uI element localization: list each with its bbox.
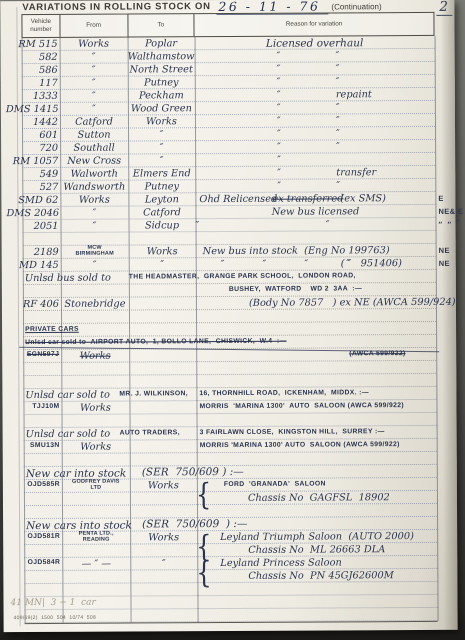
to-cell: Wood Green [128, 103, 195, 114]
vehicle-number-cell: 1442 [6, 117, 58, 128]
vehicle-description: Leyland Princess Saloon [220, 557, 342, 569]
paper-page: VARIATIONS IN ROLLING STOCK ON 26 - 11 -… [0, 0, 457, 632]
from-cell: PENTA LTD., READING [62, 532, 130, 544]
reason-ditto: ″ [336, 50, 340, 61]
vehicle-number-cell: 117 [6, 78, 58, 89]
brace-glyph: { [196, 477, 211, 512]
from-cell: ″ [61, 221, 129, 232]
continuation-label: (Continuation) [331, 2, 381, 11]
from-cell: ″ [60, 208, 128, 219]
to-cell: ″ [128, 129, 195, 140]
from-cell: GODFREY DAVIS LTD [62, 480, 130, 492]
column-header-from: From [60, 15, 128, 37]
to-cell: Poplar [128, 38, 195, 49]
to-cell: Putney [128, 77, 195, 88]
pencil-note: 41 MN| 3 + 1 car [10, 598, 95, 608]
authority-reference: (SER 750/609 ) :— [142, 466, 244, 479]
from-cell: MCW BIRMINGHAM [61, 246, 129, 258]
reason-ditto: ″ [336, 128, 340, 139]
from-cell: Sutton [60, 130, 128, 141]
reason-struck-text: ex transferred [272, 193, 343, 204]
rolling-stock-table: Vehicle number From To Reason for variat… [21, 12, 437, 624]
chassis-number: Chassis No GAGFSL 18902 [248, 492, 390, 504]
to-cell: Putney [128, 181, 195, 192]
reason-ditto: ″ [336, 102, 340, 113]
reason-ditto: ″ [277, 129, 281, 140]
reason-ditto: ″ [336, 141, 340, 152]
reason-ditto: ″ [277, 181, 281, 192]
reason-ditto: ″ [277, 77, 281, 88]
vehicle-description: MORRIS 'MARINA 1300' AUTO SALOON (AWCA 5… [199, 402, 404, 410]
reason-ditto: ″ [336, 63, 340, 74]
to-cell: Works [130, 532, 197, 543]
page-number: 2 [436, 0, 452, 16]
disposal-note: Unlsd car sold to [25, 390, 110, 401]
vehicle-number-cell: 582 [6, 52, 58, 63]
from-cell: Works [60, 39, 128, 50]
reason-ditto: ″ [277, 116, 281, 127]
vehicle-number-cell: OJD584R [8, 559, 60, 566]
reason-cell: Ohd Relicensed [199, 194, 277, 205]
to-cell: Peckham [128, 90, 195, 101]
vehicle-number-cell: 2051 [7, 221, 59, 232]
from-cell: — ″ — [62, 559, 130, 570]
margin-code: ″ ″ [439, 220, 452, 229]
margin-code: NE& E [438, 207, 463, 216]
vehicle-number-cell: 601 [6, 130, 58, 141]
to-cell: ″ [129, 259, 196, 270]
section-heading: PRIVATE CARS [25, 326, 79, 333]
reason-ditto: ″ [277, 90, 281, 101]
to-cell: ″ [128, 142, 195, 153]
column-header-reason: Reason for variation [195, 13, 434, 36]
reason-ditto: ″ [277, 168, 281, 179]
reason-ditto: ″ [336, 115, 340, 126]
from-line2: LTD [90, 486, 101, 492]
authority-reference: (SER 750/609 ) :— [142, 518, 247, 531]
from-cell: Works [61, 403, 129, 414]
disposal-note: Unlsd bus sold to [25, 273, 111, 284]
buyer-address: THE HEADMASTER, GRANGE PARK SCHOOL, LOND… [129, 272, 356, 280]
vehicle-number-cell: RM 1057 [6, 156, 58, 167]
margin-code: E [438, 194, 443, 203]
reason-cell: repaint [336, 89, 372, 100]
vehicle-description: Leyland Triumph Saloon (AUTO 2000) [220, 531, 414, 543]
disposal-note: Unlsd car sold to [26, 429, 111, 440]
to-cell: Catford [128, 207, 195, 218]
reason-cell: New bus licensed [195, 206, 435, 218]
buyer-address: 16, THORNHILL ROAD, ICKENHAM, MIDDX. :— [199, 389, 368, 397]
vehicle-number-cell: 720 [6, 143, 58, 154]
table-body: { { { RM 515 Works Poplar Licensed overh… [22, 36, 438, 624]
to-cell: Works [129, 246, 196, 257]
vehicle-number-cell: SMD 62 [6, 195, 58, 206]
buyer-address: BUSHEY, WATFORD WD 2 3AA :— [229, 285, 362, 293]
from-line2: BIRMINGHAM [75, 252, 113, 258]
to-cell: ″ [128, 155, 195, 166]
from-cell: Works [62, 442, 130, 453]
vehicle-description: FORD 'GRANADA' SALOON [224, 480, 326, 488]
column-header-vehicle: Vehicle number [22, 15, 60, 37]
reason-ditto: ″ [277, 51, 281, 62]
vehicle-number-cell: DMS 1415 [6, 104, 58, 115]
from-cell: Stonebridge [61, 299, 129, 310]
vehicle-number-cell: DMS 2046 [6, 208, 58, 219]
reason-ditto: ″ [336, 180, 340, 191]
vehicle-number-cell: OJD585R [8, 481, 60, 488]
to-cell: Walthamstow [128, 51, 195, 62]
reason-cell: (Body No 7857 ) ex NE (AWCA 599/924) [249, 297, 456, 309]
vehicle-number-cell: 527 [6, 182, 58, 193]
from-cell: Works [60, 195, 128, 206]
vehicle-number-cell: 549 [6, 169, 58, 180]
from-cell: Southall [60, 143, 128, 154]
vehicle-number-cell: 1333 [6, 91, 58, 102]
from-cell: New Cross [60, 156, 128, 167]
to-cell: Works [130, 480, 197, 491]
reason-ditto: ″ [277, 155, 281, 166]
vehicle-number-cell: 586 [6, 65, 58, 76]
from-cell: Catford [60, 117, 128, 128]
to-cell: Elmers End [128, 168, 195, 179]
vehicle-number-cell: RF 406 [7, 299, 59, 310]
reason-cell: New bus into stock (Eng No 199763) [203, 245, 390, 257]
margin-code: NE [439, 259, 450, 268]
margin-code: NE [439, 246, 450, 255]
from-cell: ″ [60, 78, 128, 89]
from-cell: ″ [60, 65, 128, 76]
vehicle-number-cell: TJJ10M [7, 403, 59, 410]
reason-ditto: ″ [277, 64, 281, 75]
reason-ditto: ″ ″ ″ ″ [221, 258, 350, 270]
chassis-number: Chassis No PN 45GJ62600M [248, 570, 393, 582]
from-cell: ″ [60, 52, 128, 63]
reason-ditto: ″ [277, 142, 281, 153]
vehicle-number-cell: 2189 [7, 247, 59, 258]
page-title: VARIATIONS IN ROLLING STOCK ON [22, 1, 210, 13]
buyer-name: AUTO TRADERS, [120, 429, 180, 436]
vehicle-number-cell: EGN597J [7, 351, 59, 358]
reason-cell: ( ″ 951406) [341, 258, 402, 269]
buyer-name: MR. J. WILKINSON, [119, 390, 188, 397]
buyer-address: 3 FAIRLAWN CLOSE, KINGSTON HILL, SURREY … [200, 428, 385, 436]
table-header-row: Vehicle number From To Reason for variat… [21, 12, 434, 38]
from-cell: Works [61, 351, 129, 362]
chassis-number: Chassis No ML 26663 DLA [248, 544, 385, 556]
section-heading: New cars into stock [26, 520, 132, 533]
from-cell: ″ [60, 91, 128, 102]
scanned-logbook-photo: { "page": { "title": "VARIATIONS IN ROLL… [0, 0, 465, 640]
vehicle-number-cell: SMU13N [8, 442, 60, 449]
to-cell: ″ [130, 558, 197, 569]
from-cell: ″ [60, 104, 128, 115]
from-line2: READING [83, 538, 110, 544]
reason-cell: (ex SMS) [340, 193, 386, 204]
reason-ditto: ″ [336, 76, 340, 87]
from-cell: Walworth [60, 169, 128, 180]
to-cell: Leyton [128, 194, 195, 205]
from-cell: Wandsworth [60, 182, 128, 193]
table-row [25, 608, 438, 623]
struck-disposal-note: Unlsd car sold to AIRPORT AUTO, 1, BOLLO… [25, 338, 286, 346]
to-cell: Sidcup [129, 220, 196, 231]
vehicle-number-cell: RM 515 [6, 39, 58, 50]
from-cell: ″ [61, 260, 129, 271]
reason-cell: transfer [336, 167, 376, 178]
vehicle-description: MORRIS 'MARINA 1300' AUTO SALOON (AWCA 5… [200, 441, 400, 449]
vehicle-number-cell: OJD581R [8, 533, 60, 540]
vehicle-number-cell: MD 145 [7, 260, 59, 271]
column-header-to: To [128, 14, 195, 36]
to-cell: North Street [128, 64, 195, 75]
to-cell: Works [128, 116, 195, 127]
reason-ditto: ″ [277, 103, 281, 114]
brace-glyph: { [196, 555, 211, 590]
reason-ditto: ″ ″ ″ [196, 219, 436, 231]
